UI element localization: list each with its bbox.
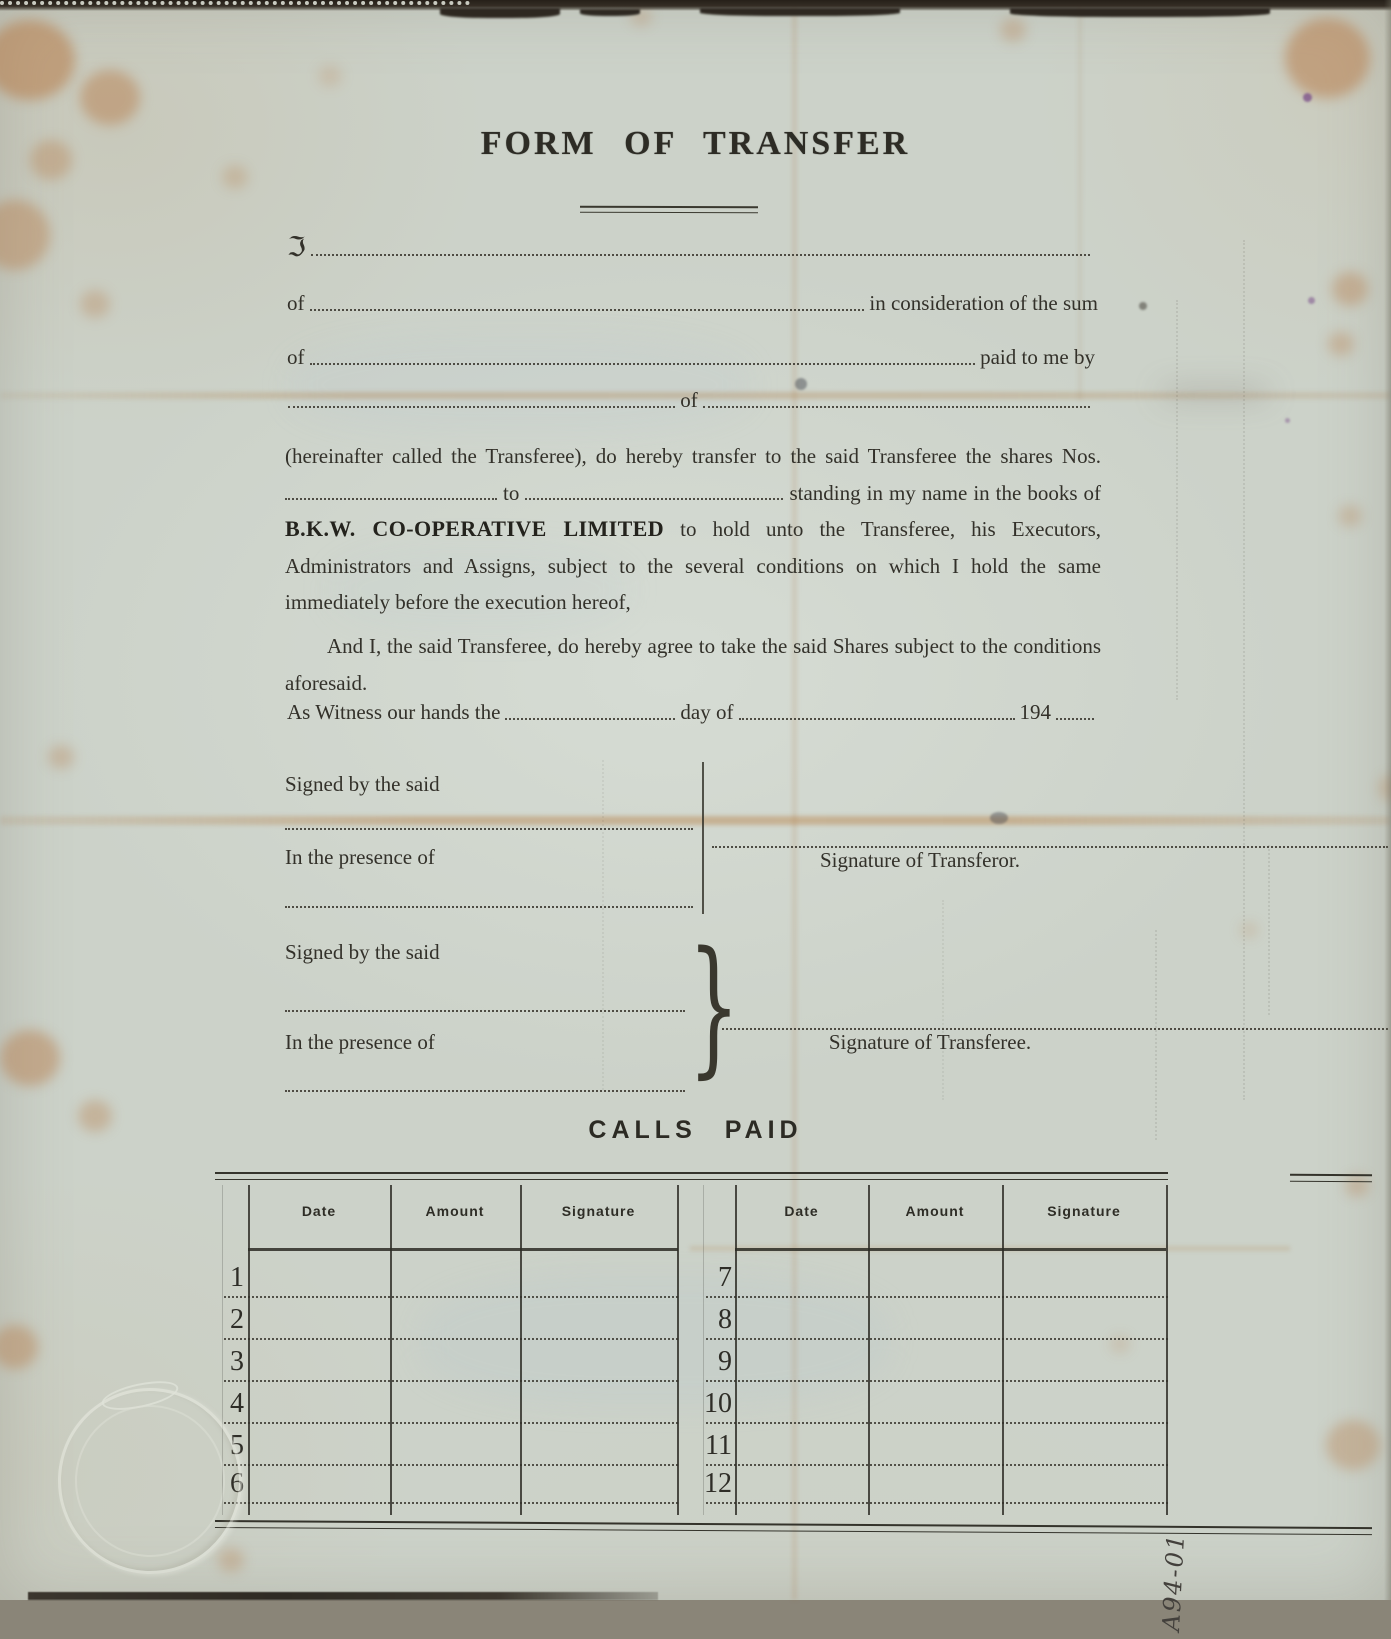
line-transferor-name: ℑ xyxy=(285,233,1093,263)
paid-to-me-text: paid to me by xyxy=(978,342,1097,372)
row-number: 3 xyxy=(222,1346,244,1378)
table-left-half: Date Amount Signature 1 2 3 4 5 6 xyxy=(222,1185,678,1515)
header-underline xyxy=(735,1248,1166,1251)
line-transferee-address: of xyxy=(285,385,1093,415)
blank-address xyxy=(310,309,865,311)
agreement-paragraph: And I, the said Transferee, do hereby ag… xyxy=(285,628,1101,701)
witness-prefix: As Witness our hands the xyxy=(285,697,502,727)
table-bottom-rule xyxy=(215,1520,1372,1535)
of-label: of xyxy=(678,385,700,415)
page-title: FORM OF TRANSFER xyxy=(0,125,1391,163)
year-prefix: 194 xyxy=(1018,697,1054,727)
table-top-rule xyxy=(215,1172,1168,1180)
row-number: 4 xyxy=(222,1388,244,1420)
perforation-dots xyxy=(0,1,470,5)
blank-sum xyxy=(310,363,976,365)
transferor-signature-caption: Signature of Transferor. xyxy=(760,848,1080,873)
scan-bottom-edge xyxy=(28,1592,658,1600)
consideration-text: in consideration of the sum xyxy=(867,288,1100,318)
row-number: 12 xyxy=(704,1468,732,1500)
row-number: 9 xyxy=(704,1346,732,1378)
of-label: of xyxy=(285,288,307,318)
calls-paid-table: Date Amount Signature 1 2 3 4 5 6 Date A xyxy=(215,1172,1372,1544)
column-header-amount: Amount xyxy=(868,1203,1002,1219)
title-divider-rule xyxy=(580,206,758,213)
blank-transferor-signed xyxy=(285,828,693,830)
signature-brace: } xyxy=(688,932,740,1080)
blank-transferee-signed xyxy=(285,1010,685,1012)
blank-share-nos-from xyxy=(285,482,497,500)
blank-transferee-witness xyxy=(285,1090,685,1092)
blank-transferor-name xyxy=(311,254,1090,256)
of-label: of xyxy=(285,342,307,372)
torn-fiber xyxy=(440,8,560,18)
scanned-form-page: FORM OF TRANSFER ℑ of in consideration o… xyxy=(0,0,1391,1600)
transferor-signed-by-label: Signed by the said xyxy=(285,772,440,797)
table-top-rule-segment xyxy=(1290,1174,1372,1183)
declaration-part1: (hereinafter called the Transferee), do … xyxy=(285,444,1101,468)
blackletter-i: ℑ xyxy=(285,233,308,263)
blank-month xyxy=(739,718,1015,720)
declaration-paragraph: (hereinafter called the Transferee), do … xyxy=(285,438,1101,621)
declaration-part2: standing in my name in the books of xyxy=(789,481,1101,505)
day-of-label: day of xyxy=(678,697,735,727)
blank-transferee-address xyxy=(703,406,1090,408)
table-row-line xyxy=(224,1296,678,1298)
column-header-signature: Signature xyxy=(520,1203,677,1219)
table-row-line xyxy=(224,1338,678,1340)
table-row-line xyxy=(706,1296,1168,1298)
torn-fiber xyxy=(700,8,900,16)
column-header-date: Date xyxy=(248,1203,390,1219)
table-row-line xyxy=(706,1338,1168,1340)
blank-share-nos-to xyxy=(525,482,783,500)
blank-transferee-name xyxy=(288,406,675,408)
wreath-bow xyxy=(99,1376,180,1416)
paper-right-edge xyxy=(1384,0,1391,1600)
row-number: 8 xyxy=(704,1304,732,1336)
blank-transferor-witness xyxy=(285,906,693,908)
line-sum: of paid to me by xyxy=(285,342,1097,372)
transferee-signed-by-label: Signed by the said xyxy=(285,940,440,965)
table-row-line xyxy=(706,1464,1168,1466)
table-row-line xyxy=(706,1502,1168,1504)
calls-paid-heading: CALLS PAID xyxy=(0,1116,1391,1145)
table-right-half: Date Amount Signature 7 8 9 10 11 12 xyxy=(698,1185,1168,1515)
line-address: of in consideration of the sum xyxy=(285,288,1100,318)
column-header-date: Date xyxy=(735,1203,868,1219)
to-label: to xyxy=(503,481,519,505)
transferee-presence-label: In the presence of xyxy=(285,1030,435,1055)
blank-year xyxy=(1056,718,1094,720)
transferor-presence-label: In the presence of xyxy=(285,845,435,870)
company-name: B.K.W. CO-OPERATIVE LIMITED xyxy=(285,516,664,541)
torn-fiber xyxy=(580,9,640,16)
row-number: 11 xyxy=(704,1430,732,1462)
row-number: 7 xyxy=(704,1262,732,1294)
table-row-line xyxy=(224,1380,678,1382)
column-header-signature: Signature xyxy=(1002,1203,1166,1219)
blank-day xyxy=(505,718,675,720)
table-row-line xyxy=(224,1502,678,1504)
torn-fiber xyxy=(1010,8,1270,17)
table-row-line xyxy=(224,1422,678,1424)
table-row-line xyxy=(224,1464,678,1466)
column-header-amount: Amount xyxy=(390,1203,520,1219)
archival-mark-handwritten: A94-01 xyxy=(1157,1595,1319,1600)
row-number: 1 xyxy=(222,1262,244,1294)
witness-line: As Witness our hands the day of 194 xyxy=(285,697,1097,727)
signature-divider-line xyxy=(702,762,704,914)
table-row-line xyxy=(706,1380,1168,1382)
row-number: 10 xyxy=(704,1388,732,1420)
row-number: 2 xyxy=(222,1304,244,1336)
table-row-line xyxy=(706,1422,1168,1424)
header-underline xyxy=(248,1248,678,1251)
transferee-signature-caption: Signature of Transferee. xyxy=(770,1030,1090,1055)
